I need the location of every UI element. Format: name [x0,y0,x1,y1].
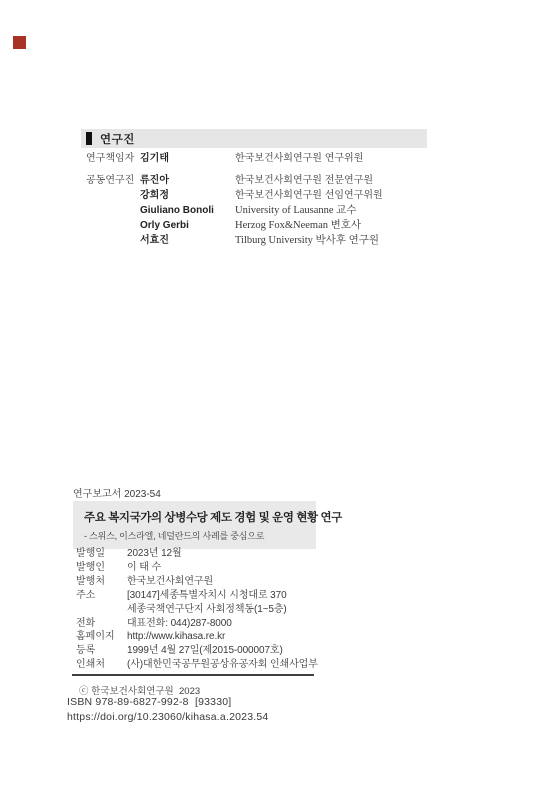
researcher-name: 서효진 [140,233,235,248]
research-team-title: 연구진 [100,131,135,147]
table-row: 강희정 한국보건사회연구원 선임연구위원 [86,188,446,203]
researcher-name: 류진아 [140,173,235,188]
divider-rule [72,674,314,676]
table-row: 공동연구진 류진아 한국보건사회연구원 전문연구원 [86,173,446,188]
publication-value: 1999년 4월 27일(제2015-000007호) [127,644,283,658]
document-page: 연구진 연구책임자 김기태 한국보건사회연구원 연구위원 공동연구진 류진아 한… [0,0,541,800]
table-row: Orly Gerbi Herzog Fox&Neeman 변호사 [86,218,446,233]
publication-row: 전화 대표전화: 044)287-8000 [76,617,416,631]
publication-label: 발행인 [76,561,119,575]
researcher-role [86,188,140,203]
red-annotation-marker [13,36,26,49]
publication-label: 전화 [76,617,119,631]
researcher-name: 김기태 [140,151,235,166]
publication-label: 인쇄처 [76,658,119,672]
researcher-affiliation: University of Lausanne 교수 [235,203,356,218]
report-title: 주요 복지국가의 상병수당 제도 경험 및 운영 현황 연구 [84,509,310,525]
publication-value: 한국보건사회연구원 [127,575,213,589]
publication-row: 발행인 이 태 수 [76,561,416,575]
research-team-table: 연구책임자 김기태 한국보건사회연구원 연구위원 공동연구진 류진아 한국보건사… [86,151,446,248]
researcher-role [86,218,140,233]
researcher-name: 강희정 [140,188,235,203]
report-title-box: 주요 복지국가의 상병수당 제도 경험 및 운영 현황 연구 - 스위스, 이스… [73,501,316,549]
publication-label: 발행일 [76,547,119,561]
table-row: Giuliano Bonoli University of Lausanne 교… [86,203,446,218]
researcher-affiliation: Herzog Fox&Neeman 변호사 [235,218,361,233]
publication-label: 등록 [76,644,119,658]
publication-row: 발행처 한국보건사회연구원 [76,575,416,589]
publication-value: (사)대한민국공무원공상유공자회 인쇄사업부 [127,658,318,672]
researcher-affiliation: 한국보건사회연구원 선임연구위원 [235,188,383,203]
section-marker-bar [86,132,92,145]
researcher-affiliation: 한국보건사회연구원 연구위원 [235,151,363,166]
publication-value: 이 태 수 [127,561,161,575]
publication-value: 2023년 12월 [127,547,182,561]
report-number: 연구보고서 2023-54 [73,485,161,500]
researcher-name: Orly Gerbi [140,218,235,233]
publication-row: 주소 [30147]세종특별자치시 시청대로 370 세종국책연구단지 사회정책… [76,589,416,617]
publication-row: 발행일 2023년 12월 [76,547,416,561]
researcher-role: 연구책임자 [86,151,140,166]
table-row: 연구책임자 김기태 한국보건사회연구원 연구위원 [86,151,446,166]
publication-row: 인쇄처 (사)대한민국공무원공상유공자회 인쇄사업부 [76,658,416,672]
copyright-line: ⓒ 한국보건사회연구원 2023 [79,683,200,697]
researcher-affiliation: 한국보건사회연구원 전문연구원 [235,173,373,188]
publication-label: 주소 [76,589,119,617]
research-team-header: 연구진 [81,129,427,148]
researcher-role [86,203,140,218]
researcher-affiliation: Tilburg University 박사후 연구원 [235,233,379,248]
isbn-line: ISBN 978-89-6827-992-8 [93330] [67,696,231,708]
publication-label: 홈페이지 [76,630,119,644]
researcher-name: Giuliano Bonoli [140,203,235,218]
report-subtitle: - 스위스, 이스라엘, 네덜란드의 사례를 중심으로 [84,529,310,542]
publication-label: 발행처 [76,575,119,589]
publication-value: [30147]세종특별자치시 시청대로 370 세종국책연구단지 사회정책동(1… [127,589,287,617]
researcher-role [86,233,140,248]
publication-info: 발행일 2023년 12월 발행인 이 태 수 발행처 한국보건사회연구원 주소… [76,547,416,672]
table-row: 서효진 Tilburg University 박사후 연구원 [86,233,446,248]
doi-line: https://doi.org/10.23060/kihasa.a.2023.5… [67,711,268,723]
publication-row: 등록 1999년 4월 27일(제2015-000007호) [76,644,416,658]
publication-value: 대표전화: 044)287-8000 [127,617,232,631]
publication-row: 홈페이지 http://www.kihasa.re.kr [76,630,416,644]
researcher-role: 공동연구진 [86,173,140,188]
publication-value: http://www.kihasa.re.kr [127,630,225,644]
